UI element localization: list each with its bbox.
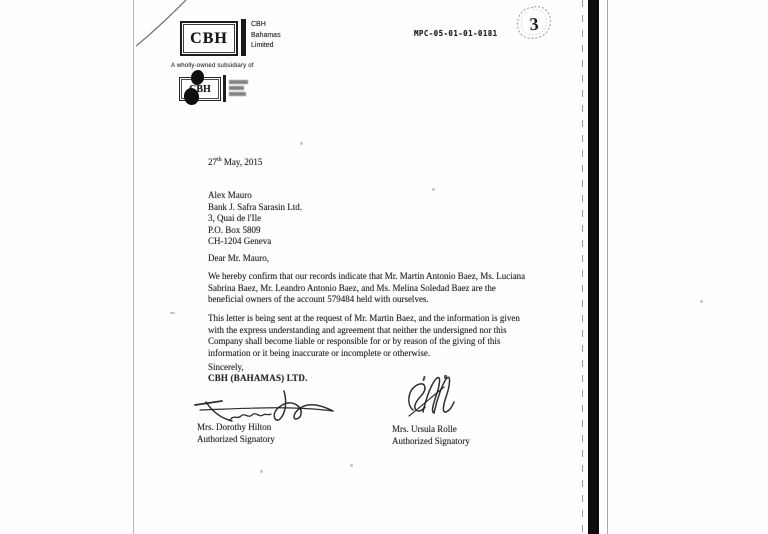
page-left-edge-line xyxy=(133,0,134,534)
company-name-line: Bahamas xyxy=(251,31,281,42)
illegible-text-line xyxy=(229,80,248,84)
company-name-line: CBH xyxy=(251,20,281,31)
body-line: beneficial owners of the account 579484 … xyxy=(208,294,525,306)
signatory-title: Authorized Signatory xyxy=(197,434,275,446)
company-name-line: Limited xyxy=(251,41,281,52)
body-line: information or it being inaccurate or in… xyxy=(208,348,520,360)
logo-divider-bar xyxy=(241,19,246,56)
recipient-name: Alex Mauro xyxy=(208,190,302,202)
scan-edge-bar xyxy=(588,0,599,534)
cbh-logo-monogram: CBH xyxy=(190,30,228,48)
date-day: 27 xyxy=(208,157,217,167)
cbh-logo-box: CBH xyxy=(180,21,238,56)
page-number-digit: 3 xyxy=(529,14,539,35)
body-paragraph-2: This letter is being sent at the request… xyxy=(208,313,520,359)
recipient-line: CH-1204 Geneva xyxy=(208,236,302,248)
scan-right-edge-line xyxy=(607,0,608,534)
body-paragraph-1: We hereby confirm that our records indic… xyxy=(208,271,525,306)
scan-speck xyxy=(432,188,435,191)
scan-dashed-edge-line xyxy=(582,0,583,534)
recipient-line: P.O. Box 5809 xyxy=(208,225,302,237)
body-line: We hereby confirm that our records indic… xyxy=(208,271,525,283)
recipient-line: 3, Quai de l'Ile xyxy=(208,213,302,225)
illegible-text-line xyxy=(229,92,246,96)
body-line: Sabrina Baez, Mr. Leandro Antonio Baez, … xyxy=(208,283,525,295)
parent-logo-divider-bar xyxy=(223,75,226,102)
company-name-block: CBH Bahamas Limited xyxy=(251,20,281,52)
handwritten-signature-ursula-rolle xyxy=(403,374,459,422)
date-rest: May, 2015 xyxy=(222,157,263,167)
letter-date: 27th May, 2015 xyxy=(208,155,262,169)
scan-speck xyxy=(300,142,303,145)
illegible-text-line xyxy=(229,86,244,90)
recipient-address-block: Alex Mauro Bank J. Safra Sarasin Ltd. 3,… xyxy=(208,190,302,248)
scan-speck xyxy=(170,312,175,314)
signatory-block-right: Mrs. Ursula Rolle Authorized Signatory xyxy=(392,424,470,447)
scan-speck xyxy=(260,470,263,473)
reference-code: MPC-05-01-01-0181 xyxy=(414,29,498,38)
signatory-title: Authorized Signatory xyxy=(392,436,470,448)
closing-line: Sincerely, xyxy=(208,362,244,374)
subsidiary-note: A wholly-owned subsidiary of xyxy=(171,63,254,69)
body-line: with the express understanding and agree… xyxy=(208,325,520,337)
scan-speck xyxy=(350,464,353,467)
signatory-name: Mrs. Ursula Rolle xyxy=(392,424,470,436)
body-line: Company shall become liable or responsib… xyxy=(208,336,520,348)
signatory-block-left: Mrs. Dorothy Hilton Authorized Signatory xyxy=(197,422,275,445)
signatory-name: Mrs. Dorothy Hilton xyxy=(197,422,275,434)
company-signoff: CBH (BAHAMAS) LTD. xyxy=(208,373,308,385)
scanned-letter-page: 3 CBH CBH Bahamas Limited A wholly-owned… xyxy=(0,0,768,534)
page-number-stamp: 3 xyxy=(512,3,556,45)
scan-speck xyxy=(700,300,703,303)
body-line: This letter is being sent at the request… xyxy=(208,313,520,325)
salutation: Dear Mr. Mauro, xyxy=(208,253,269,265)
recipient-line: Bank J. Safra Sarasin Ltd. xyxy=(208,202,302,214)
